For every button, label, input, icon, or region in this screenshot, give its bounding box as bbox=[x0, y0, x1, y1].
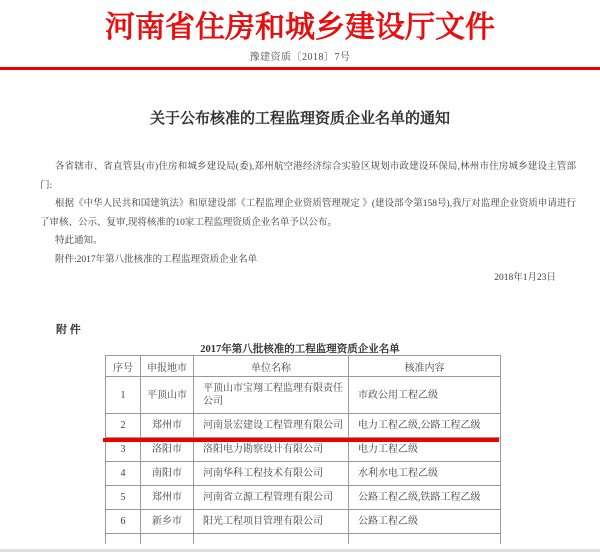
masthead-divider-rule bbox=[0, 67, 600, 70]
notice-paragraph-basis: 根据《中华人民共和国建筑法》和原建设部《工程监理企业资质管理规定 》(建设部令第… bbox=[40, 195, 576, 232]
column-header-city: 申报地市 bbox=[141, 356, 194, 377]
table-row-4: 4 南阳市 河南华科工程技术有限公司 水利水电工程乙级 bbox=[106, 462, 501, 486]
cell-city: 新乡市 bbox=[141, 510, 194, 534]
cell-seq: 5 bbox=[106, 486, 141, 510]
document-page: 河南省住房和城乡建设厅文件 豫建资质〔2018〕7号 关于公布核准的工程监理资质… bbox=[0, 0, 600, 552]
cell-city: 郑州市 bbox=[141, 486, 194, 510]
cell-city: 郑州市 bbox=[141, 414, 194, 438]
column-header-company: 单位名称 bbox=[194, 356, 349, 377]
table-row-1: 1 平顶山市 平顶山市宝翔工程监理有限责任公司 市政公用工程乙级 bbox=[106, 377, 501, 414]
cell-seq: 1 bbox=[106, 377, 141, 414]
table-row-5: 5 郑州市 河南省立源工程管理有限公司 公路工程乙级,铁路工程乙级 bbox=[106, 486, 501, 510]
cell-company: 阳光工程项目管理有限公司 bbox=[194, 510, 349, 534]
document-number: 豫建资质〔2018〕7号 bbox=[0, 52, 600, 63]
cell-approval: 水利水电工程乙级 bbox=[349, 462, 501, 486]
notice-paragraph-recipients: 各省辖市、省直管县(市)住房和城乡建设局(委),郑州航空港经济综合实验区规划市政… bbox=[40, 158, 576, 195]
notice-paragraph-closing: 特此通知。 bbox=[40, 232, 576, 251]
cell-company: 河南省立源工程管理有限公司 bbox=[194, 486, 349, 510]
table-row-6: 6 新乡市 阳光工程项目管理有限公司 公路工程乙级 bbox=[106, 510, 501, 534]
row-highlight-underline bbox=[103, 438, 499, 442]
column-header-approval: 核准内容 bbox=[349, 356, 501, 377]
cell-city: 平顶山市 bbox=[141, 377, 194, 414]
notice-title: 关于公布核准的工程监理资质企业名单的通知 bbox=[0, 111, 600, 127]
cell-company: 河南华科工程技术有限公司 bbox=[194, 462, 349, 486]
cell-seq: 4 bbox=[106, 462, 141, 486]
notice-paragraph-attachment-ref: 附件:2017年第八批核准的工程监理资质企业名单 bbox=[40, 251, 576, 270]
cell-approval: 市政公用工程乙级 bbox=[349, 377, 501, 414]
cell-approval: 电力工程乙级,公路工程乙级 bbox=[349, 414, 501, 438]
column-header-seq: 序号 bbox=[106, 356, 141, 377]
cell-company: 平顶山市宝翔工程监理有限责任公司 bbox=[194, 377, 349, 414]
agency-masthead-title: 河南省住房和城乡建设厅文件 bbox=[0, 10, 600, 46]
cell-company: 河南景宏建设工程管理有限公司 bbox=[194, 414, 349, 438]
cell-seq: 6 bbox=[106, 510, 141, 534]
cell-approval: 公路工程乙级,铁路工程乙级 bbox=[349, 486, 501, 510]
attachment-title: 2017年第八批核准的工程监理资质企业名单 bbox=[0, 344, 600, 356]
approved-enterprises-table: 序号 申报地市 单位名称 核准内容 1 平顶山市 平顶山市宝翔工程监理有限责任公… bbox=[105, 355, 501, 544]
cell-city: 南阳市 bbox=[141, 462, 194, 486]
notice-date: 2018年1月23日 bbox=[0, 269, 600, 288]
table-header-row: 序号 申报地市 单位名称 核准内容 bbox=[106, 356, 501, 377]
attachment-label: 附 件 bbox=[0, 324, 600, 336]
notice-body: 各省辖市、省直管县(市)住房和城乡建设局(委),郑州航空港经济综合实验区规划市政… bbox=[0, 158, 600, 269]
cell-seq: 2 bbox=[106, 414, 141, 438]
table-row-7-partial bbox=[106, 534, 501, 544]
table-row-2-highlighted: 2 郑州市 河南景宏建设工程管理有限公司 电力工程乙级,公路工程乙级 bbox=[106, 414, 501, 438]
cell-approval: 公路工程乙级 bbox=[349, 510, 501, 534]
